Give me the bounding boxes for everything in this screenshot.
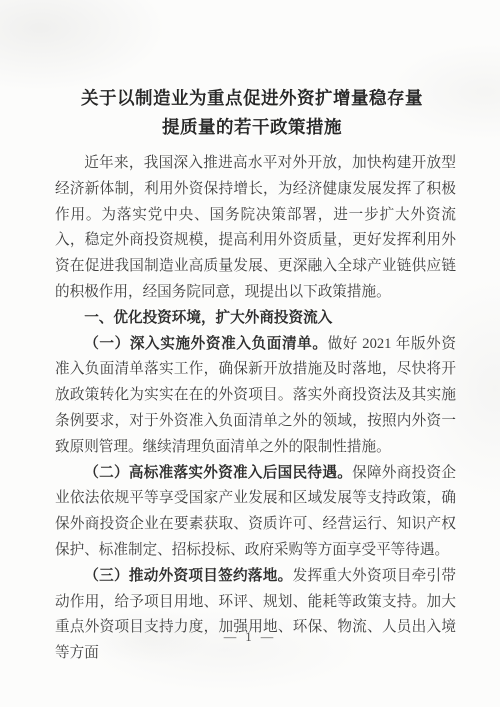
intro-paragraph: 近年来，我国深入推进高水平对外开放，加快构建开放型经济新体制，利用外资保持增长，… [55, 151, 456, 306]
policy-item-3: （三）推动外资项目签约落地。发挥重大外资项目牵引带动作用，给予项目用地、环评、规… [55, 564, 456, 667]
policy-item-1-text: 做好 2021 年版外资准入负面清单落实工作，确保新开放措施及时落地，尽快将开放… [55, 336, 456, 455]
policy-item-2: （二）高标准落实外资准入后国民待遇。保障外商投资企业依法依规平等享受国家产业发展… [55, 461, 456, 564]
page-number: — 1 — [0, 628, 500, 646]
policy-item-1-lead: （一）深入实施外资准入负面清单。 [84, 336, 327, 352]
scanned-document-page: 关于以制造业为重点促进外资扩增量稳存量 提质量的若干政策措施 近年来，我国深入推… [0, 0, 500, 707]
document-title: 关于以制造业为重点促进外资扩增量稳存量 提质量的若干政策措施 [48, 84, 456, 142]
policy-item-3-lead: （三）推动外资项目签约落地。 [84, 568, 292, 584]
policy-item-1: （一）深入实施外资准入负面清单。做好 2021 年版外资准入负面清单落实工作，确… [55, 332, 456, 461]
policy-item-2-lead: （二）高标准落实外资准入后国民待遇。 [84, 465, 352, 481]
document-body: 近年来，我国深入推进高水平对外开放，加快构建开放型经济新体制，利用外资保持增长，… [55, 151, 456, 667]
document-title-line-2: 提质量的若干政策措施 [48, 113, 456, 142]
section-1-heading: 一、优化投资环境，扩大外商投资流入 [55, 306, 456, 332]
document-title-line-1: 关于以制造业为重点促进外资扩增量稳存量 [48, 84, 456, 113]
